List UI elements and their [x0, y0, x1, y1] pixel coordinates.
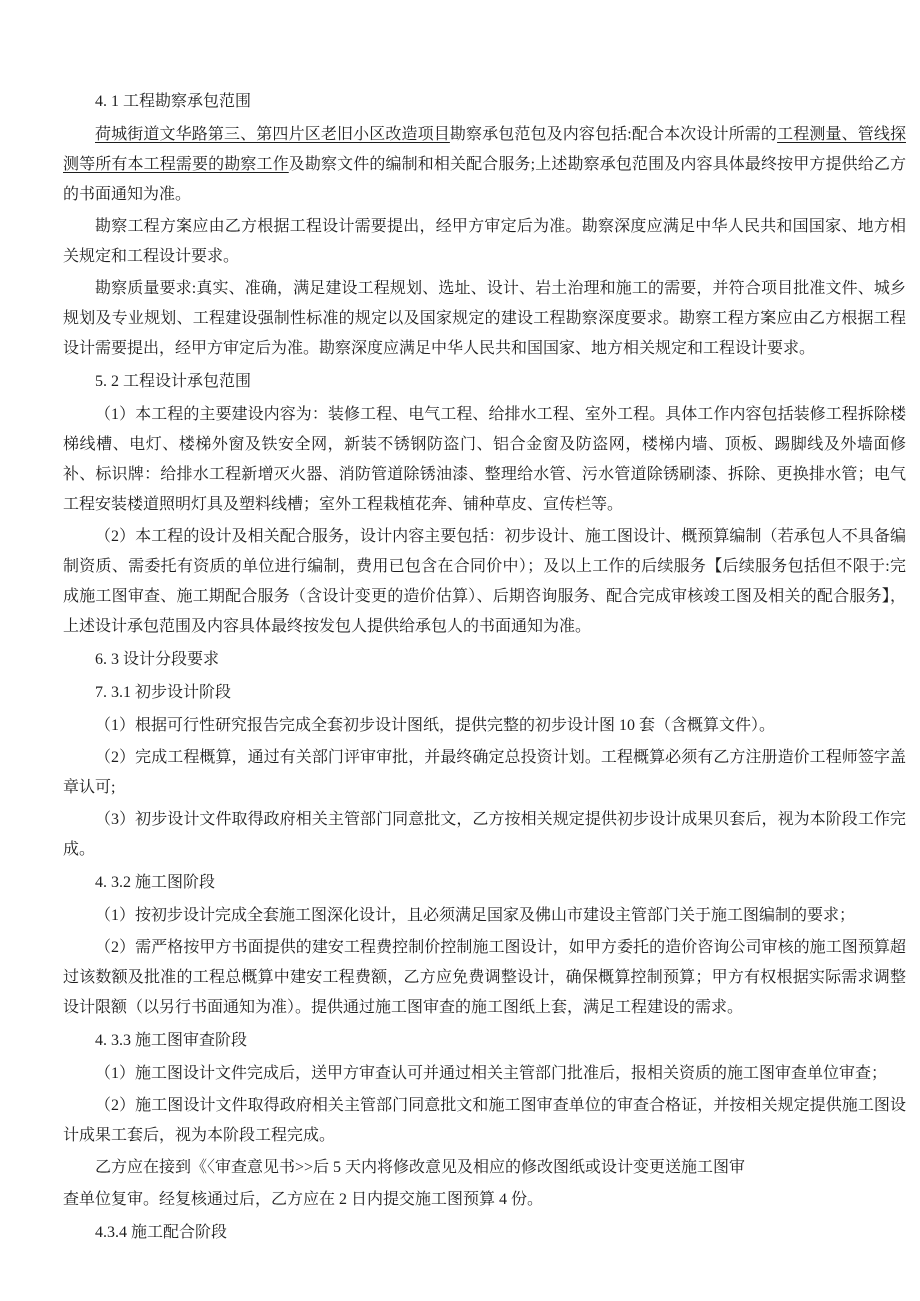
document-page: 4. 1 工程勘察承包范围荷城街道文华路第三、第四片区老旧小区改造项目勘察承包范… [0, 0, 920, 1301]
text-run: （1）根据可行性研究报告完成全套初步设计图纸，提供完整的初步设计图 10 套（含… [95, 717, 775, 734]
document-page-content: 4. 1 工程勘察承包范围荷城街道文华路第三、第四片区老旧小区改造项目勘察承包范… [63, 84, 906, 1251]
text-run: （2）施工图设计文件取得政府相关主管部门同意批文和施工图审查单位的审查合格证，并… [63, 1097, 906, 1144]
text-run: （1）按初步设计完成全套施工图深化设计，且必须满足国家及佛山市建设主管部门关于施… [95, 907, 855, 924]
section-heading: 4. 3.2 施工图阶段 [63, 868, 906, 898]
paragraph: （1）根据可行性研究报告完成全套初步设计图纸，提供完整的初步设计图 10 套（含… [63, 711, 906, 741]
section-heading: 4. 3.3 施工图审查阶段 [63, 1026, 906, 1056]
text-run: 4. 3.3 施工图审查阶段 [95, 1032, 247, 1049]
text-run: 6. 3 设计分段要求 [95, 651, 219, 668]
text-run: （3）初步设计文件取得政府相关主管部门同意批文，乙方按相关规定提供初步设计成果贝… [63, 811, 906, 858]
paragraph: （1）施工图设计文件完成后，送甲方审查认可并通过相关主管部门批准后，报相关资质的… [63, 1059, 906, 1089]
section-heading: 7. 3.1 初步设计阶段 [63, 678, 906, 708]
text-run: （1）施工图设计文件完成后，送甲方审查认可并通过相关主管部门批准后，报相关资质的… [95, 1065, 887, 1082]
text-run: 查单位复审。经复核通过后，乙方应在 2 日内提交施工图预算 4 份。 [63, 1191, 543, 1208]
underlined-text-run: 荷城街道文华路第三、第四片区老旧小区改造项目 [95, 126, 450, 143]
text-run: 乙方应在接到《〈审查意见书>>后 5 天内将修改意见及相应的修改图纸或设计变更送… [95, 1159, 745, 1176]
paragraph: （3）初步设计文件取得政府相关主管部门同意批文，乙方按相关规定提供初步设计成果贝… [63, 805, 906, 865]
text-run: 4.3.4 施工配合阶段 [95, 1224, 227, 1241]
paragraph: 荷城街道文华路第三、第四片区老旧小区改造项目勘察承包范包及内容包括:配合本次设计… [63, 120, 906, 210]
text-run: 4. 3.2 施工图阶段 [95, 874, 215, 891]
text-run: 勘察承包范包及内容包括:配合本次设计所需的 [450, 126, 777, 143]
text-run: 勘察工程方案应由乙方根据工程设计需要提出，经甲方审定后为准。勘察深度应满足中华人… [63, 218, 906, 265]
text-run: 勘察质量要求:真实、准确，满足建设工程规划、选址、设计、岩土治理和施工的需要，并… [63, 280, 906, 357]
paragraph: （2）本工程的设计及相关配合服务，设计内容主要包括：初步设计、施工图设计、概预算… [63, 522, 906, 642]
paragraph: （2）完成工程概算，通过有关部门评审审批，并最终确定总投资计划。工程概算必须有乙… [63, 743, 906, 803]
section-heading: 6. 3 设计分段要求 [63, 645, 906, 675]
section-heading: 5. 2 工程设计承包范围 [63, 367, 906, 397]
text-run: 5. 2 工程设计承包范围 [95, 373, 251, 390]
paragraph: （1）按初步设计完成全套施工图深化设计，且必须满足国家及佛山市建设主管部门关于施… [63, 901, 906, 931]
paragraph: （2）需严格按甲方书面提供的建安工程费控制价控制施工图设计，如甲方委托的造价咨询… [63, 933, 906, 1023]
text-run: （1）本工程的主要建设内容为：装修工程、电气工程、给排水工程、室外工程。具体工作… [63, 406, 906, 513]
text-run: 7. 3.1 初步设计阶段 [95, 684, 231, 701]
text-run: （2）需严格按甲方书面提供的建安工程费控制价控制施工图设计，如甲方委托的造价咨询… [63, 939, 906, 1016]
paragraph: 勘察工程方案应由乙方根据工程设计需要提出，经甲方审定后为准。勘察深度应满足中华人… [63, 212, 906, 272]
paragraph: 乙方应在接到《〈审查意见书>>后 5 天内将修改意见及相应的修改图纸或设计变更送… [63, 1153, 906, 1183]
section-heading: 4. 1 工程勘察承包范围 [63, 87, 906, 117]
paragraph: （2）施工图设计文件取得政府相关主管部门同意批文和施工图审查单位的审查合格证，并… [63, 1091, 906, 1151]
text-run: （2）完成工程概算，通过有关部门评审审批，并最终确定总投资计划。工程概算必须有乙… [63, 749, 906, 796]
paragraph: 勘察质量要求:真实、准确，满足建设工程规划、选址、设计、岩土治理和施工的需要，并… [63, 274, 906, 364]
text-run: 4. 1 工程勘察承包范围 [95, 93, 251, 110]
section-heading: 4.3.4 施工配合阶段 [63, 1218, 906, 1248]
text-run: （2）本工程的设计及相关配合服务，设计内容主要包括：初步设计、施工图设计、概预算… [63, 528, 906, 635]
paragraph: 查单位复审。经复核通过后，乙方应在 2 日内提交施工图预算 4 份。 [63, 1185, 906, 1215]
paragraph: （1）本工程的主要建设内容为：装修工程、电气工程、给排水工程、室外工程。具体工作… [63, 400, 906, 520]
